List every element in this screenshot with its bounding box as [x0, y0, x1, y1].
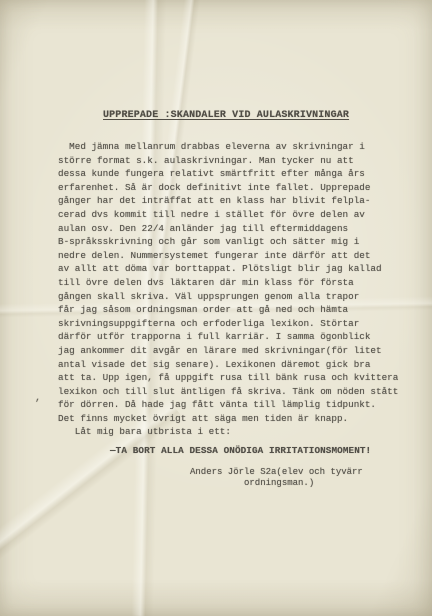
- document-title: UPPREPADE :SKANDALER VID AULASKRIVNINGAR: [103, 110, 349, 121]
- document-signature: Anders Jörle S2a(elev och tyvärr ordning…: [190, 467, 363, 488]
- margin-stray-mark: ,: [35, 393, 41, 404]
- scanned-typewritten-page: UPPREPADE :SKANDALER VID AULASKRIVNINGAR…: [0, 0, 432, 616]
- document-exclamation-line: —TA BORT ALLA DESSA ONÖDIGA IRRITATIONSM…: [110, 445, 371, 456]
- document-body-paragraph: Med jämna mellanrum drabbas eleverna av …: [58, 140, 398, 439]
